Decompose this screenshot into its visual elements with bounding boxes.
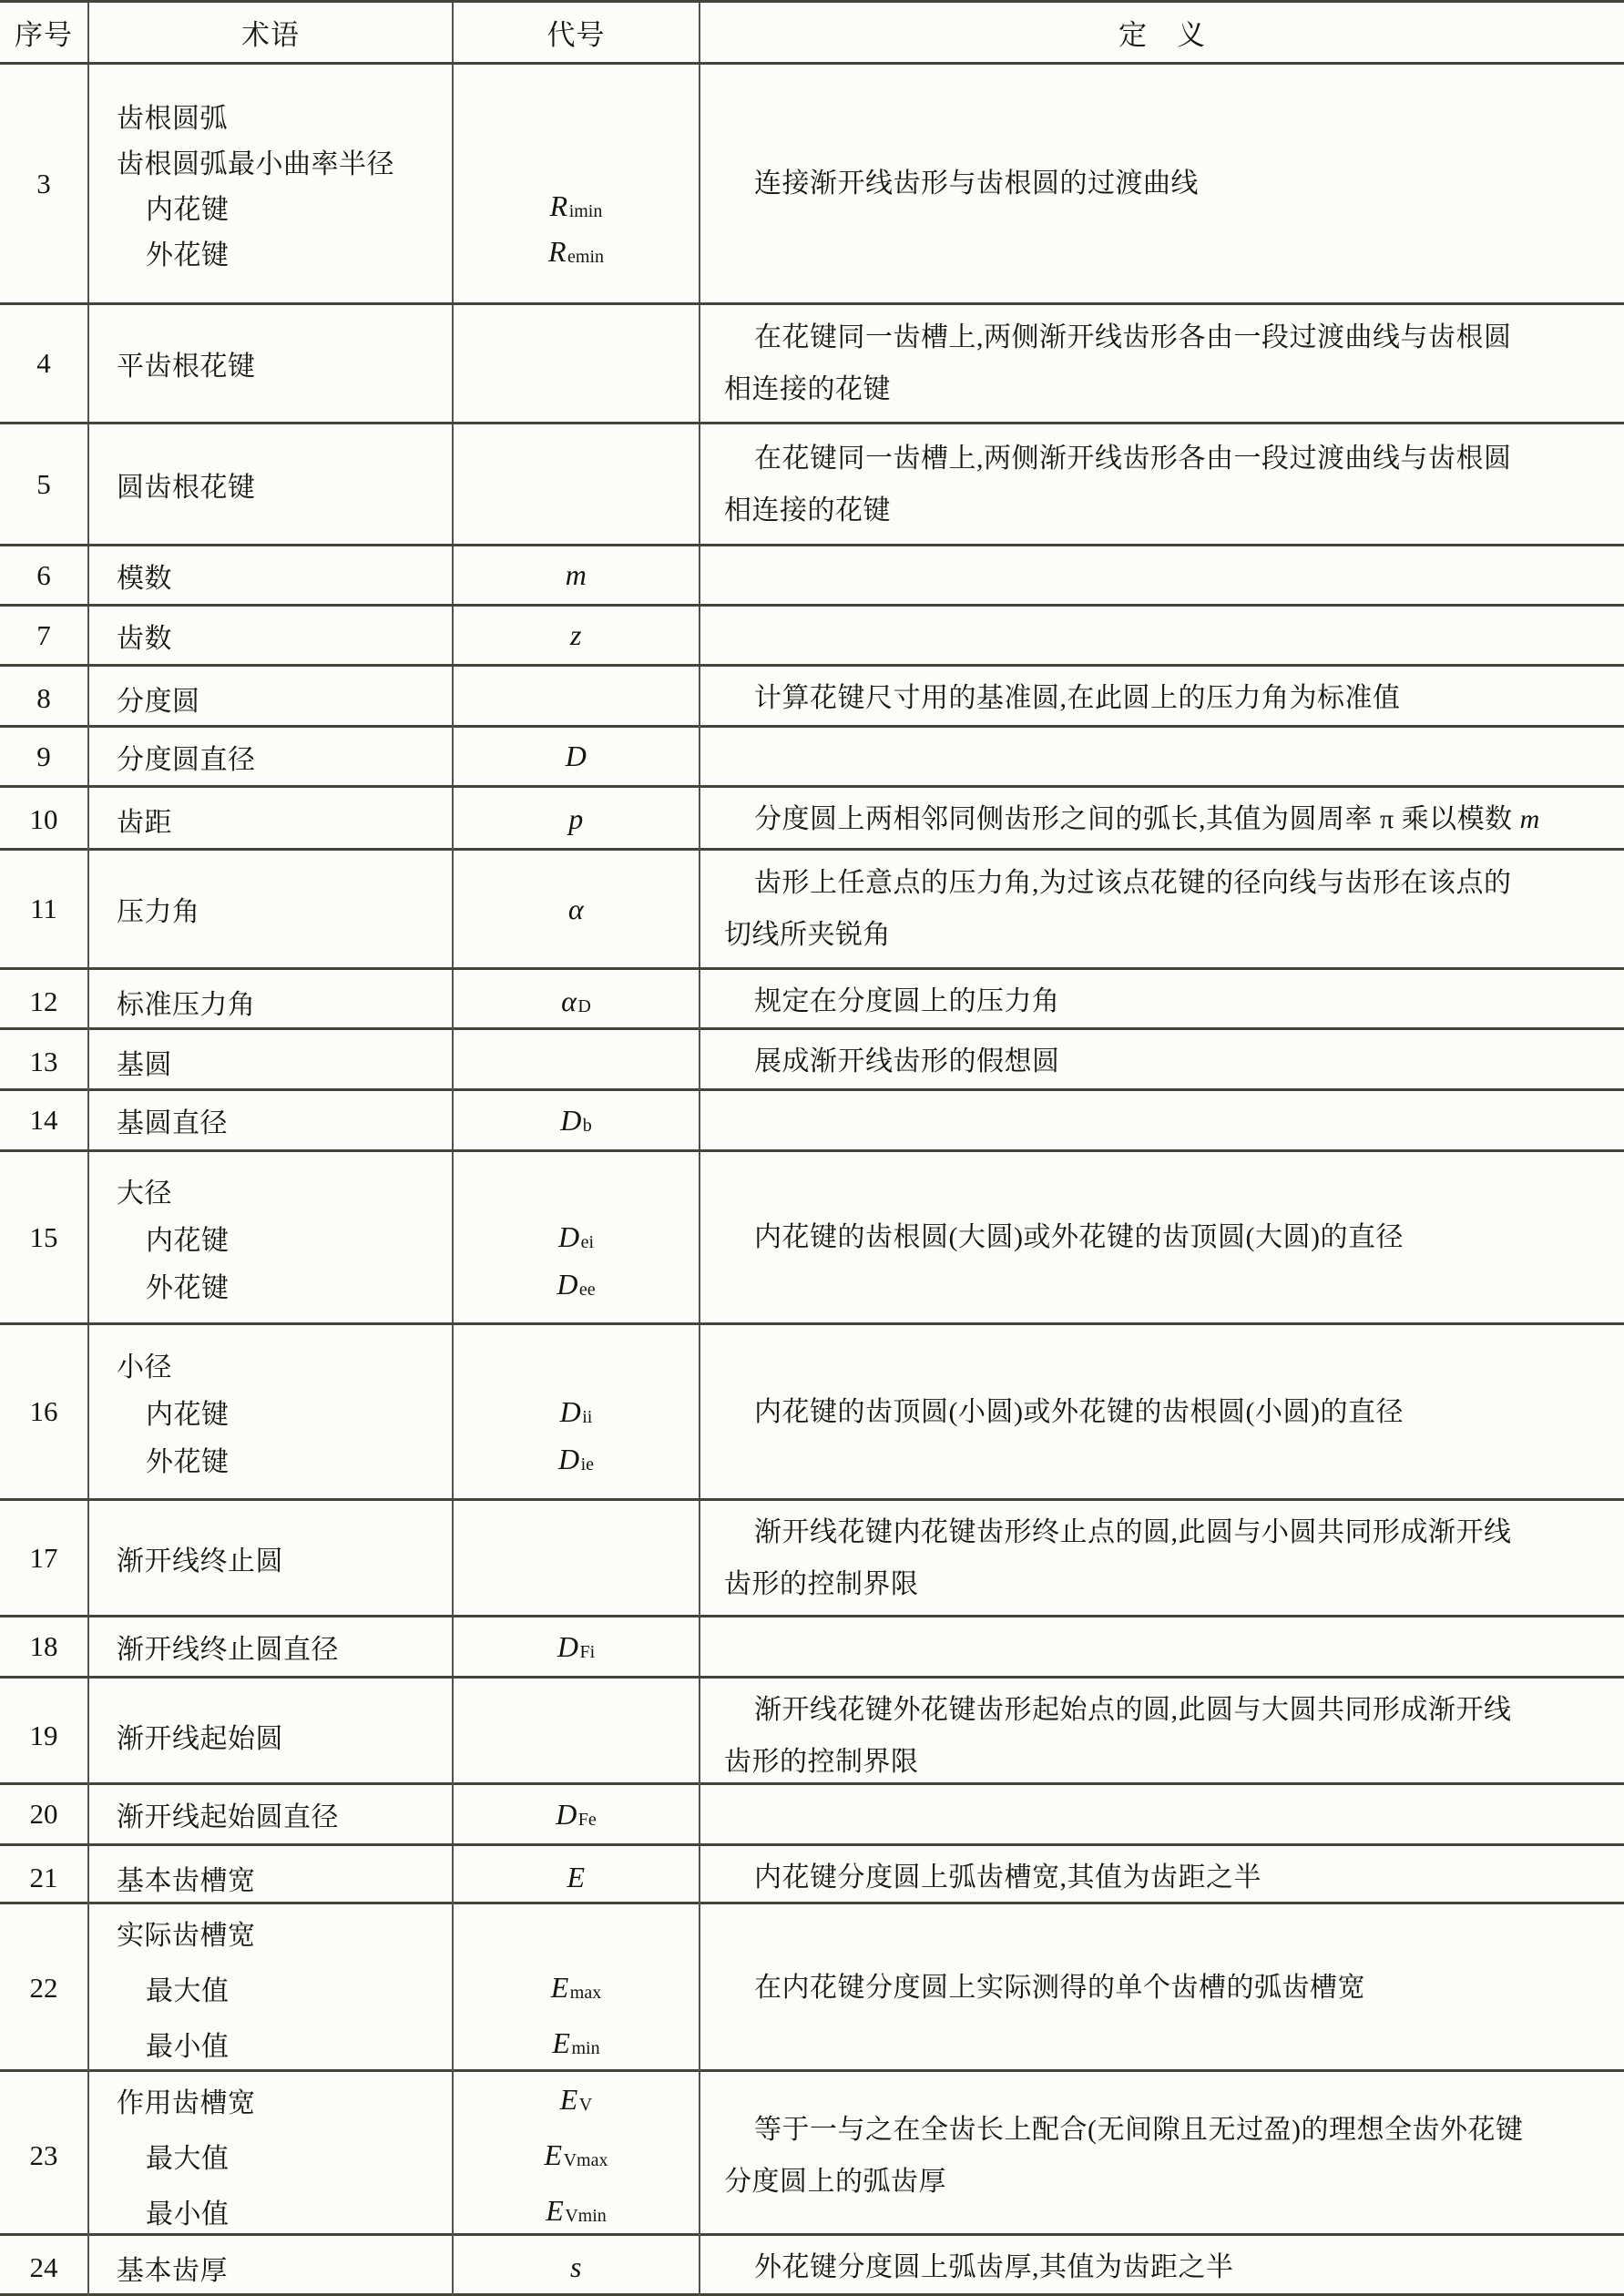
symbol-line: DFe (454, 1798, 699, 1832)
symbol-lines: m (454, 546, 699, 604)
symbol-lines: DiiDie (454, 1325, 699, 1498)
symbol-cell: DiiDie (454, 1325, 700, 1498)
term-cell: 齿数 (89, 607, 454, 664)
term-line: 内花键 (117, 1388, 452, 1435)
symbol-lines: DFe (454, 1785, 699, 1843)
row-number-cell: 7 (0, 607, 89, 664)
definition-cell: 计算花键尺寸用的基准圆,在此圆上的压力角为标准值 (700, 667, 1624, 730)
symbol-line: Remin (454, 230, 699, 275)
row-number-cell: 3 (0, 65, 89, 302)
table-row: 20渐开线起始圆直径DFe (0, 1785, 1624, 1846)
symbol-cell (454, 424, 700, 544)
term-line: 内花键 (117, 1214, 452, 1261)
table-row: 15大径内花键外花键DeiDee内花键的齿根圆(大圆)或外花键的齿顶圆(大圆)的… (0, 1152, 1624, 1325)
table-row: 7齿数z (0, 607, 1624, 667)
definition-cell: 分度圆上两相邻同侧齿形之间的弧长,其值为圆周率 π 乘以模数 m (700, 788, 1624, 851)
table-row: 10齿距p分度圆上两相邻同侧齿形之间的弧长,其值为圆周率 π 乘以模数 m (0, 788, 1624, 851)
definition-cell (700, 1091, 1624, 1149)
symbol-line: EVmin (454, 2183, 699, 2239)
row-number-cell: 11 (0, 851, 89, 967)
symbol-cell (454, 667, 700, 730)
row-number-cell: 14 (0, 1091, 89, 1149)
definition-line: 齿形的控制界限 (724, 1736, 1613, 1788)
definition-cell: 内花键的齿顶圆(小圆)或外花键的齿根圆(小圆)的直径 (700, 1325, 1624, 1498)
definition-cell: 等于一与之在全齿长上配合(无间隙且无过盈)的理想全齿外花键分度圆上的弧齿厚 (700, 2072, 1624, 2239)
table-row: 16小径内花键外花键DiiDie内花键的齿顶圆(小圆)或外花键的齿根圆(小圆)的… (0, 1325, 1624, 1501)
term-cell: 分度圆直径 (89, 728, 454, 785)
table-row: 5圆齿根花键在花键同一齿槽上,两侧渐开线齿形各由一段过渡曲线与齿根圆相连接的花键 (0, 424, 1624, 546)
table-row: 21基本齿槽宽E内花键分度圆上弧齿槽宽,其值为齿距之半 (0, 1846, 1624, 1904)
definition-lines: 连接渐开线齿形与齿根圆的过渡曲线 (724, 70, 1613, 297)
term-lines: 实际齿槽宽最大值最小值 (117, 1904, 452, 2071)
term-lines: 齿数 (117, 607, 452, 664)
definition-line: 渐开线花键外花键齿形起始点的圆,此圆与大圆共同形成渐开线 (724, 1684, 1613, 1736)
definition-lines: 内花键的齿根圆(大圆)或外花键的齿顶圆(大圆)的直径 (724, 1158, 1613, 1317)
term-line: 渐开线终止圆 (117, 1538, 452, 1578)
symbol-base: D (566, 740, 587, 773)
table-row: 14基圆直径Db (0, 1091, 1624, 1152)
table-header-row: 序号 术语 代号 定 义 (0, 3, 1624, 65)
symbol-base: D (558, 1443, 580, 1476)
definition-cell: 规定在分度圆上的压力角 (700, 970, 1624, 1033)
definition-line: 连接渐开线齿形与齿根圆的过渡曲线 (724, 158, 1613, 209)
term-line: 压力角 (117, 889, 452, 929)
symbol-line (454, 1167, 699, 1214)
term-lines: 大径内花键外花键 (117, 1152, 452, 1322)
term-line: 最大值 (117, 1960, 452, 2015)
row-number-cell: 12 (0, 970, 89, 1033)
symbol-lines: RiminRemin (454, 65, 699, 302)
definition-cell: 渐开线花键内花键齿形终止点的圆,此圆与小圆共同形成渐开线齿形的控制界限 (700, 1501, 1624, 1616)
row-number-cell: 9 (0, 728, 89, 785)
symbol-line: m (454, 558, 699, 592)
term-line: 圆齿根花键 (117, 464, 452, 505)
term-lines: 平齿根花键 (117, 305, 452, 422)
row-number-cell: 5 (0, 424, 89, 544)
symbol-cell: z (454, 607, 700, 664)
term-lines: 基本齿槽宽 (117, 1846, 452, 1909)
symbol-line: Dii (454, 1388, 699, 1435)
term-lines: 作用齿槽宽最大值最小值 (117, 2072, 452, 2239)
table-row: 4平齿根花键在花键同一齿槽上,两侧渐开线齿形各由一段过渡曲线与齿根圆相连接的花键 (0, 305, 1624, 424)
symbol-line: EVmax (454, 2128, 699, 2183)
definition-lines: 在内花键分度圆上实际测得的单个齿槽的弧齿槽宽 (724, 1910, 1613, 2066)
term-lines: 基圆 (117, 1030, 452, 1093)
term-cell: 基本齿槽宽 (89, 1846, 454, 1909)
term-cell: 小径内花键外花键 (89, 1325, 454, 1498)
table-row: 3齿根圆弧齿根圆弧最小曲率半径内花键外花键RiminRemin连接渐开线齿形与齿… (0, 65, 1624, 305)
symbol-base: E (567, 1861, 585, 1894)
table-row: 19渐开线起始圆渐开线花键外花键齿形起始点的圆,此圆与大圆共同形成渐开线齿形的控… (0, 1679, 1624, 1785)
term-cell: 渐开线起始圆直径 (89, 1785, 454, 1843)
definition-line: 展成渐开线齿形的假想圆 (724, 1036, 1613, 1087)
symbol-base: z (570, 618, 582, 652)
term-cell: 基本齿厚 (89, 2236, 454, 2296)
term-line: 分度圆直径 (117, 737, 452, 777)
definition-line: 齿形的控制界限 (724, 1558, 1613, 1610)
term-cell: 圆齿根花键 (89, 424, 454, 544)
term-line: 齿根圆弧 (117, 93, 452, 138)
symbol-cell: αD (454, 970, 700, 1033)
term-line: 齿根圆弧最小曲率半径 (117, 138, 452, 184)
row-number-cell: 6 (0, 546, 89, 604)
definition-line: 在花键同一齿槽上,两侧渐开线齿形各由一段过渡曲线与齿根圆 (724, 311, 1613, 363)
term-line: 外花键 (117, 230, 452, 275)
term-line: 小径 (117, 1341, 452, 1388)
term-lines: 基本齿厚 (117, 2236, 452, 2296)
term-cell: 渐开线终止圆直径 (89, 1617, 454, 1676)
definition-line: 相连接的花键 (724, 363, 1613, 415)
symbol-line: Die (454, 1435, 699, 1483)
definition-line: 计算花键尺寸用的基准圆,在此圆上的压力角为标准值 (724, 672, 1613, 724)
term-cell: 基圆 (89, 1030, 454, 1093)
definition-cell: 内花键的齿根圆(大圆)或外花键的齿顶圆(大圆)的直径 (700, 1152, 1624, 1322)
term-line: 实际齿槽宽 (117, 1904, 452, 1960)
symbol-lines: EmaxEmin (454, 1904, 699, 2071)
symbol-line: E (454, 1861, 699, 1894)
definition-line: 内花键分度圆上弧齿槽宽,其值为齿距之半 (724, 1852, 1613, 1903)
term-lines: 分度圆 (117, 667, 452, 730)
col-header-symbol: 代号 (454, 3, 700, 62)
table-row: 17渐开线终止圆渐开线花键内花键齿形终止点的圆,此圆与小圆共同形成渐开线齿形的控… (0, 1501, 1624, 1617)
term-cell: 分度圆 (89, 667, 454, 730)
symbol-cell: DFe (454, 1785, 700, 1843)
symbol-cell: Db (454, 1091, 700, 1149)
table-row: 6模数m (0, 546, 1624, 607)
definition-lines: 内花键的齿顶圆(小圆)或外花键的齿根圆(小圆)的直径 (724, 1331, 1613, 1493)
symbol-base: D (560, 1395, 582, 1429)
definition-cell (700, 607, 1624, 664)
definition-cell: 在内花键分度圆上实际测得的单个齿槽的弧齿槽宽 (700, 1904, 1624, 2071)
table-row: 18渐开线终止圆直径DFi (0, 1617, 1624, 1679)
definition-cell (700, 728, 1624, 785)
table-row: 22实际齿槽宽最大值最小值EmaxEmin在内花键分度圆上实际测得的单个齿槽的弧… (0, 1904, 1624, 2072)
symbol-base: p (568, 802, 584, 836)
symbol-line: Rimin (454, 184, 699, 230)
symbol-line (454, 93, 699, 138)
term-lines: 齿距 (117, 788, 452, 851)
table-row: 23作用齿槽宽最大值最小值EVEVmaxEVmin等于一与之在全齿长上配合(无间… (0, 2072, 1624, 2236)
symbol-line: αD (454, 985, 699, 1018)
term-line: 标准压力角 (117, 982, 452, 1022)
term-line: 内花键 (117, 184, 452, 230)
definition-cell: 齿形上任意点的压力角,为过该点花键的径向线与齿形在该点的切线所夹锐角 (700, 851, 1624, 967)
symbol-cell: D (454, 728, 700, 785)
symbol-line: Dei (454, 1214, 699, 1261)
symbol-lines: αD (454, 970, 699, 1033)
term-lines: 渐开线起始圆 (117, 1679, 452, 1793)
term-lines: 压力角 (117, 851, 452, 967)
symbol-cell: α (454, 851, 700, 967)
term-line: 平齿根花键 (117, 343, 452, 383)
symbol-line: Emax (454, 1960, 699, 2015)
definition-line: 在花键同一齿槽上,两侧渐开线齿形各由一段过渡曲线与齿根圆 (724, 433, 1613, 485)
symbol-cell: DeiDee (454, 1152, 700, 1322)
row-number-cell: 20 (0, 1785, 89, 1843)
definition-line: 内花键的齿根圆(大圆)或外花键的齿顶圆(大圆)的直径 (724, 1211, 1613, 1263)
definition-lines: 展成渐开线齿形的假想圆 (724, 1036, 1613, 1087)
definition-line: 外花键分度圆上弧齿厚,其值为齿距之半 (724, 2241, 1613, 2293)
term-lines: 渐开线终止圆 (117, 1501, 452, 1616)
symbol-lines: p (454, 788, 699, 851)
col-header-definition: 定 义 (700, 3, 1624, 62)
symbol-cell (454, 1679, 700, 1793)
term-line: 大径 (117, 1167, 452, 1214)
symbol-lines: Db (454, 1091, 699, 1149)
definition-lines: 齿形上任意点的压力角,为过该点花键的径向线与齿形在该点的切线所夹锐角 (724, 856, 1613, 962)
term-cell: 压力角 (89, 851, 454, 967)
col-header-term: 术语 (89, 3, 454, 62)
term-lines: 圆齿根花键 (117, 424, 452, 544)
row-number-cell: 17 (0, 1501, 89, 1616)
table-row: 11压力角α齿形上任意点的压力角,为过该点花键的径向线与齿形在该点的切线所夹锐角 (0, 851, 1624, 970)
term-cell: 平齿根花键 (89, 305, 454, 422)
term-cell: 齿距 (89, 788, 454, 851)
definition-line: 齿形上任意点的压力角,为过该点花键的径向线与齿形在该点的 (724, 857, 1613, 909)
symbol-line: EV (454, 2072, 699, 2128)
term-line: 模数 (117, 556, 452, 596)
symbol-cell (454, 1501, 700, 1616)
symbol-line: z (454, 618, 699, 652)
symbol-line: p (454, 802, 699, 836)
symbol-line: D (454, 740, 699, 773)
scanned-document-page: 序号 术语 代号 定 义 3齿根圆弧齿根圆弧最小曲率半径内花键外花键RiminR… (0, 0, 1624, 2296)
definition-lines: 规定在分度圆上的压力角 (724, 975, 1613, 1027)
term-line: 基圆 (117, 1042, 452, 1082)
symbol-line: Dee (454, 1261, 699, 1309)
symbol-cell: m (454, 546, 700, 604)
term-line: 基圆直径 (117, 1100, 452, 1140)
symbol-lines: EVEVmaxEVmin (454, 2072, 699, 2239)
term-lines: 小径内花键外花键 (117, 1325, 452, 1498)
definition-lines: 外花键分度圆上弧齿厚,其值为齿距之半 (724, 2241, 1613, 2293)
symbol-cell: EVEVmaxEVmin (454, 2072, 700, 2239)
term-line: 分度圆 (117, 679, 452, 719)
table-body: 3齿根圆弧齿根圆弧最小曲率半径内花键外花键RiminRemin连接渐开线齿形与齿… (0, 65, 1624, 2296)
term-line: 渐开线终止圆直径 (117, 1627, 452, 1667)
symbol-base: D (557, 1268, 578, 1301)
term-cell: 齿根圆弧齿根圆弧最小曲率半径内花键外花键 (89, 65, 454, 302)
definition-lines: 在花键同一齿槽上,两侧渐开线齿形各由一段过渡曲线与齿根圆相连接的花键 (724, 311, 1613, 416)
symbol-base: R (550, 189, 568, 223)
row-number-cell: 8 (0, 667, 89, 730)
definition-line: 在内花键分度圆上实际测得的单个齿槽的弧齿槽宽 (724, 1962, 1613, 2014)
symbol-base: D (560, 1104, 582, 1138)
symbol-line: DFi (454, 1630, 699, 1664)
definition-lines: 计算花键尺寸用的基准圆,在此圆上的压力角为标准值 (724, 672, 1613, 724)
row-number-cell: 23 (0, 2072, 89, 2239)
table-row: 12标准压力角αD规定在分度圆上的压力角 (0, 970, 1624, 1030)
term-lines: 分度圆直径 (117, 728, 452, 785)
definition-line: 切线所夹锐角 (724, 909, 1613, 961)
term-line: 最大值 (117, 2128, 452, 2183)
definition-lines: 内花键分度圆上弧齿槽宽,其值为齿距之半 (724, 1852, 1613, 1903)
definition-cell: 连接渐开线齿形与齿根圆的过渡曲线 (700, 65, 1624, 302)
definition-cell: 展成渐开线齿形的假想圆 (700, 1030, 1624, 1093)
symbol-cell: DFi (454, 1617, 700, 1676)
col-header-serial: 序号 (0, 3, 89, 62)
symbol-base: E (545, 2138, 563, 2172)
symbol-base: m (566, 558, 587, 592)
table-row: 8分度圆计算花键尺寸用的基准圆,在此圆上的压力角为标准值 (0, 667, 1624, 728)
definition-cell: 在花键同一齿槽上,两侧渐开线齿形各由一段过渡曲线与齿根圆相连接的花键 (700, 305, 1624, 422)
term-line: 基本齿槽宽 (117, 1858, 452, 1898)
definition-line: 分度圆上的弧齿厚 (724, 2156, 1613, 2208)
definition-line: 规定在分度圆上的压力角 (724, 975, 1613, 1027)
term-line: 齿数 (117, 616, 452, 656)
symbol-base: α (568, 893, 584, 926)
definition-cell: 外花键分度圆上弧齿厚,其值为齿距之半 (700, 2236, 1624, 2296)
symbol-cell: EmaxEmin (454, 1904, 700, 2071)
symbol-cell (454, 1030, 700, 1093)
definition-cell (700, 1617, 1624, 1676)
symbol-line: s (454, 2250, 699, 2284)
symbol-line: Db (454, 1104, 699, 1138)
term-cell: 基圆直径 (89, 1091, 454, 1149)
symbol-base: E (560, 2083, 578, 2117)
symbol-base: E (551, 1971, 569, 2005)
table-row: 13基圆展成渐开线齿形的假想圆 (0, 1030, 1624, 1091)
term-line: 渐开线起始圆直径 (117, 1794, 452, 1834)
row-number-cell: 16 (0, 1325, 89, 1498)
symbol-line (454, 1341, 699, 1388)
symbol-base: D (558, 1220, 580, 1254)
symbol-cell: E (454, 1846, 700, 1909)
table-row: 24基本齿厚s外花键分度圆上弧齿厚,其值为齿距之半 (0, 2236, 1624, 2296)
term-lines: 渐开线起始圆直径 (117, 1785, 452, 1843)
symbol-lines: E (454, 1846, 699, 1909)
definition-line: 分度圆上两相邻同侧齿形之间的弧长,其值为圆周率 π 乘以模数 m (724, 793, 1613, 845)
definition-cell (700, 1785, 1624, 1843)
term-line: 最小值 (117, 2015, 452, 2071)
term-line: 齿距 (117, 800, 452, 840)
row-number-cell: 15 (0, 1152, 89, 1322)
table-row: 9分度圆直径D (0, 728, 1624, 788)
symbol-base: D (556, 1798, 577, 1832)
definition-cell: 渐开线花键外花键齿形起始点的圆,此圆与大圆共同形成渐开线齿形的控制界限 (700, 1679, 1624, 1793)
term-line: 最小值 (117, 2183, 452, 2239)
term-line: 外花键 (117, 1261, 452, 1309)
symbol-base: E (552, 2026, 570, 2060)
term-lines: 基圆直径 (117, 1091, 452, 1149)
row-number-cell: 10 (0, 788, 89, 851)
term-lines: 齿根圆弧齿根圆弧最小曲率半径内花键外花键 (117, 65, 452, 302)
definition-lines: 在花键同一齿槽上,两侧渐开线齿形各由一段过渡曲线与齿根圆相连接的花键 (724, 430, 1613, 538)
term-cell: 标准压力角 (89, 970, 454, 1033)
symbol-lines: DFi (454, 1617, 699, 1676)
symbol-lines: α (454, 851, 699, 967)
symbol-base: E (546, 2194, 564, 2228)
symbol-base: s (570, 2250, 582, 2284)
symbol-line: Emin (454, 2015, 699, 2071)
term-line: 外花键 (117, 1435, 452, 1483)
term-lines: 渐开线终止圆直径 (117, 1617, 452, 1676)
term-cell: 模数 (89, 546, 454, 604)
symbol-line (454, 138, 699, 184)
definition-cell (700, 546, 1624, 604)
symbol-cell: p (454, 788, 700, 851)
definition-line: 相连接的花键 (724, 485, 1613, 536)
symbol-lines: D (454, 728, 699, 785)
definition-lines: 分度圆上两相邻同侧齿形之间的弧长,其值为圆周率 π 乘以模数 m (724, 793, 1613, 845)
term-line: 渐开线起始圆 (117, 1716, 452, 1756)
symbol-base: R (548, 235, 567, 269)
definition-line: 等于一与之在全齿长上配合(无间隙且无过盈)的理想全齿外花键 (724, 2104, 1613, 2156)
definition-cell: 在花键同一齿槽上,两侧渐开线齿形各由一段过渡曲线与齿根圆相连接的花键 (700, 424, 1624, 544)
symbol-lines: DeiDee (454, 1152, 699, 1322)
symbol-cell: RiminRemin (454, 65, 700, 302)
symbol-line: α (454, 893, 699, 926)
term-cell: 实际齿槽宽最大值最小值 (89, 1904, 454, 2071)
terminology-table: 序号 术语 代号 定 义 3齿根圆弧齿根圆弧最小曲率半径内花键外花键RiminR… (0, 0, 1624, 2296)
definition-line: 内花键的齿顶圆(小圆)或外花键的齿根圆(小圆)的直径 (724, 1386, 1613, 1438)
term-cell: 大径内花键外花键 (89, 1152, 454, 1322)
definition-cell: 内花键分度圆上弧齿槽宽,其值为齿距之半 (700, 1846, 1624, 1909)
definition-italic-symbol: m (1520, 804, 1540, 834)
symbol-base: D (557, 1630, 579, 1664)
term-line: 基本齿厚 (117, 2248, 452, 2288)
definition-lines: 等于一与之在全齿长上配合(无间隙且无过盈)的理想全齿外花键分度圆上的弧齿厚 (724, 2077, 1613, 2233)
symbol-lines: z (454, 607, 699, 664)
term-cell: 渐开线起始圆 (89, 1679, 454, 1793)
definition-lines: 渐开线花键内花键齿形终止点的圆,此圆与小圆共同形成渐开线齿形的控制界限 (724, 1506, 1613, 1610)
row-number-cell: 4 (0, 305, 89, 422)
term-cell: 渐开线终止圆 (89, 1501, 454, 1616)
row-number-cell: 19 (0, 1679, 89, 1793)
term-cell: 作用齿槽宽最大值最小值 (89, 2072, 454, 2239)
row-number-cell: 22 (0, 1904, 89, 2071)
row-number-cell: 18 (0, 1617, 89, 1676)
row-number-cell: 24 (0, 2236, 89, 2296)
symbol-base: α (561, 985, 577, 1018)
definition-line: 渐开线花键内花键齿形终止点的圆,此圆与小圆共同形成渐开线 (724, 1506, 1613, 1558)
term-lines: 标准压力角 (117, 970, 452, 1033)
definition-lines: 渐开线花键外花键齿形起始点的圆,此圆与大圆共同形成渐开线齿形的控制界限 (724, 1684, 1613, 1788)
row-number-cell: 21 (0, 1846, 89, 1909)
symbol-line (454, 1904, 699, 1960)
symbol-cell: s (454, 2236, 700, 2296)
symbol-lines: s (454, 2236, 699, 2296)
symbol-cell (454, 305, 700, 422)
term-line: 作用齿槽宽 (117, 2072, 452, 2128)
term-lines: 模数 (117, 546, 452, 604)
row-number-cell: 13 (0, 1030, 89, 1093)
